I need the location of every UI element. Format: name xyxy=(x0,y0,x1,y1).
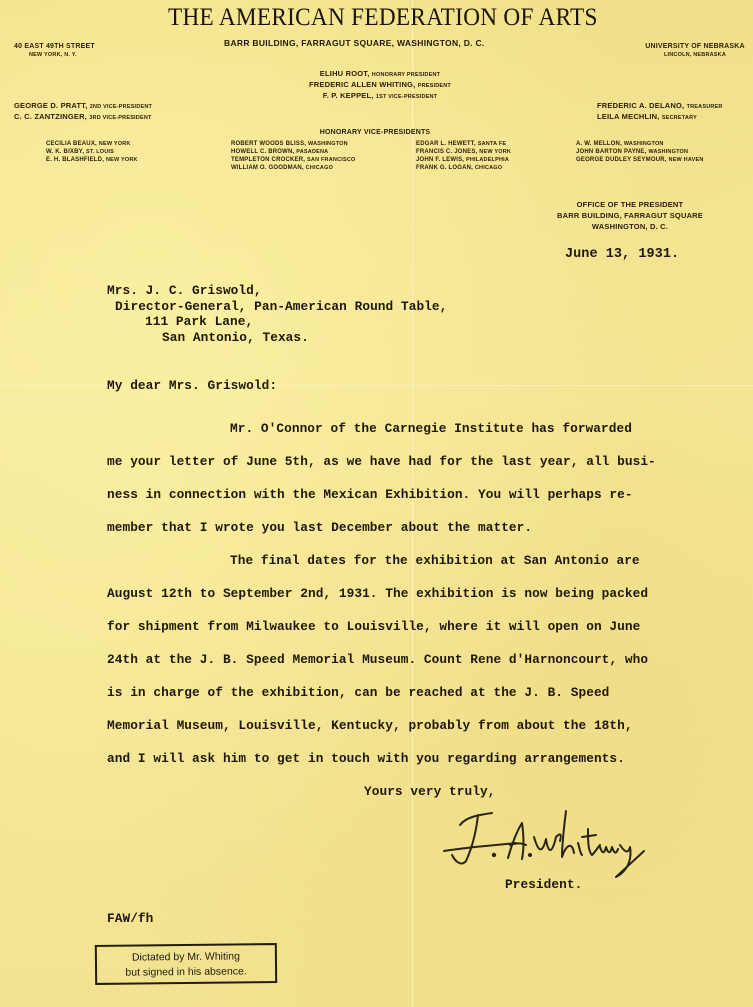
signer-title: President. xyxy=(505,877,582,892)
body-line: for shipment from Milwaukee to Louisvill… xyxy=(107,610,656,643)
president-office-address: OFFICE OF THE PRESIDENT BARR BUILDING, F… xyxy=(540,199,720,232)
body-line: member that I wrote you last December ab… xyxy=(107,511,656,544)
right-office-address: UNIVERSITY OF NEBRASKA LINCOLN, NEBRASKA xyxy=(640,42,750,60)
left-office-address: 40 EAST 49TH STREET NEW YORK, N. Y. xyxy=(14,42,95,60)
honorary-vp-column-2: ROBERT WOODS BLISS, WASHINGTON HOWELL C.… xyxy=(231,140,355,172)
body-line: The final dates for the exhibition at Sa… xyxy=(107,544,656,577)
letter-body: Mr. O'Connor of the Carnegie Institute h… xyxy=(107,412,656,808)
body-line: Mr. O'Connor of the Carnegie Institute h… xyxy=(107,412,656,445)
honorary-vp-column-3: EDGAR L. HEWETT, SANTA FE FRANCIS C. JON… xyxy=(416,140,511,172)
officers-center: ELIHU ROOT, HONORARY PRESIDENT FREDERIC … xyxy=(280,69,480,102)
signature-icon xyxy=(438,803,668,883)
officer-1st-vp: F. P. KEPPEL, 1ST VICE-PRESIDENT xyxy=(280,91,480,102)
officer-president: FREDERIC ALLEN WHITING, PRESIDENT xyxy=(280,80,480,91)
body-line: August 12th to September 2nd, 1931. The … xyxy=(107,577,656,610)
dictation-stamp: Dictated by Mr. Whiting but signed in hi… xyxy=(95,943,277,985)
honorary-vp-heading: HONORARY VICE-PRESIDENTS xyxy=(300,128,450,137)
officers-right: FREDERIC A. DELANO, TREASURER LEILA MECH… xyxy=(597,101,723,123)
officer-3rd-vp: C. C. ZANTZINGER, 3RD VICE-PRESIDENT xyxy=(14,112,152,123)
body-line: and I will ask him to get in touch with … xyxy=(107,742,656,775)
body-line: me your letter of June 5th, as we have h… xyxy=(107,445,656,478)
officer-2nd-vp: GEORGE D. PRATT, 2ND VICE-PRESIDENT xyxy=(14,101,152,112)
organization-title: THE AMERICAN FEDERATION OF ARTS xyxy=(168,4,598,32)
body-line: ness in connection with the Mexican Exhi… xyxy=(107,478,656,511)
recipient-address: Mrs. J. C. Griswold, Director-General, P… xyxy=(107,283,447,345)
honorary-vp-column-1: CECILIA BEAUX, NEW YORK W. K. BIXBY, ST.… xyxy=(46,140,138,164)
honorary-vp-column-4: A. W. MELLON, WASHINGTON JOHN BARTON PAY… xyxy=(576,140,704,164)
officer-secretary: LEILA MECHLIN, SECRETARY xyxy=(597,112,723,123)
body-line: 24th at the J. B. Speed Memorial Museum.… xyxy=(107,643,656,676)
letter-date: June 13, 1931. xyxy=(565,247,679,262)
officer-treasurer: FREDERIC A. DELANO, TREASURER xyxy=(597,101,723,112)
body-line: Memorial Museum, Louisville, Kentucky, p… xyxy=(107,709,656,742)
body-line: is in charge of the exhibition, can be r… xyxy=(107,676,656,709)
handwritten-signature xyxy=(438,803,668,883)
organization-address: BARR BUILDING, FARRAGUT SQUARE, WASHINGT… xyxy=(224,38,485,48)
officer-honorary-president: ELIHU ROOT, HONORARY PRESIDENT xyxy=(280,69,480,80)
reference-initials: FAW/fh xyxy=(107,911,153,926)
salutation: My dear Mrs. Griswold: xyxy=(107,378,277,393)
officers-left: GEORGE D. PRATT, 2ND VICE-PRESIDENT C. C… xyxy=(14,101,152,123)
